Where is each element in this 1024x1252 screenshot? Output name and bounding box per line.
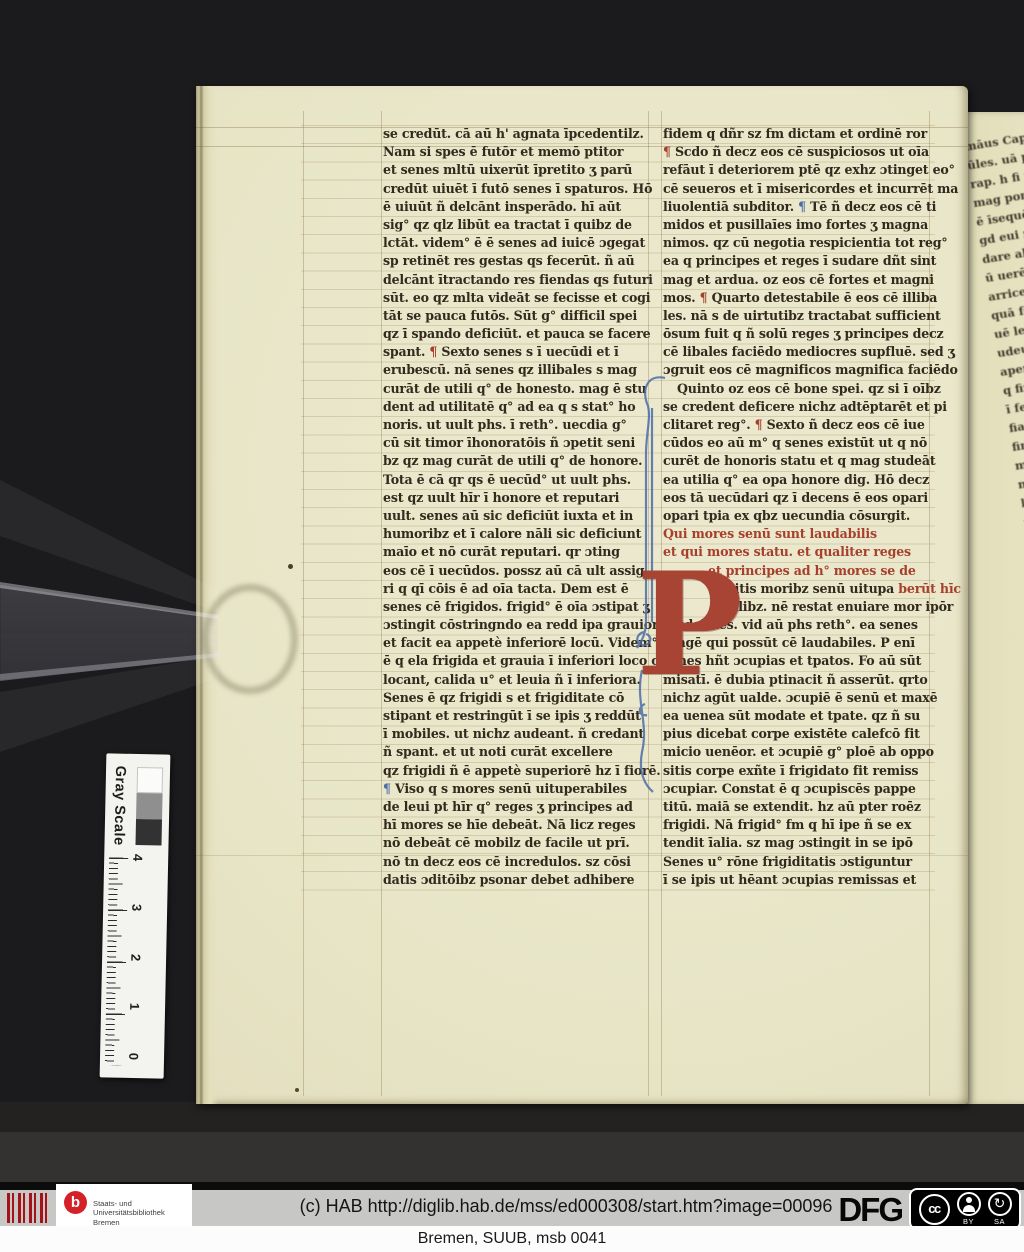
manuscript-text-line: credūt uiuēt ī futō senes ī spaturos. Hō <box>383 180 651 198</box>
ruler-ticks-major <box>105 857 128 1065</box>
grayscale-patches <box>135 767 163 846</box>
manuscript-text-line: curēt de honoris statu et q mag studeāt <box>663 452 935 470</box>
manuscript-text-line: Quinto oz eos cē bone spei. qz si ī oībz <box>663 380 935 398</box>
manuscript-text-line: datis ɔditōibz psonar debet adhibere <box>383 871 651 889</box>
cc-icon: cc <box>919 1194 950 1225</box>
manuscript-text-line: se credent deficere nichz adtēptarēt et … <box>663 398 935 416</box>
cc-sa-label: SA <box>994 1217 1005 1226</box>
manuscript-text-line: sig° qz qlz libūt ea tractat ī quibz de <box>383 216 651 234</box>
manuscript-text-line: frigidi. Nā frigid° fm q hī ipe ñ se ex <box>663 816 935 834</box>
next-page-text-fragments: māus Capūles. uā prirap. h fi uēmag pomō… <box>963 121 1024 1104</box>
footer-shelfmark-band: Bremen, SUUB, msb 0041 <box>0 1226 1024 1252</box>
manuscript-text-line: ea q principes et reges ī sudare dñt sin… <box>663 252 935 270</box>
right-text-column: fidem q dñr sz fm dictam et ordinē ror¶ … <box>663 125 935 889</box>
manuscript-text-line: humoribz et ī calore nāli sic deficiunt <box>383 525 651 543</box>
manuscript-text-line: bz qz mag curāt de utili q° de honore. <box>383 452 651 470</box>
manuscript-text-line: se credūt. cā aū h' agnata īpcedentilz. <box>383 125 651 143</box>
clamp-shadow-band <box>0 440 218 770</box>
manuscript-text-line: delcānt ītractando res fiendas qs futuri <box>383 271 651 289</box>
ruler-number: 0 <box>126 1053 141 1061</box>
manuscript-text-line: Senes u° rōne frigiditatis ɔstiguntur <box>663 853 935 871</box>
manuscript-text-line: eos cē ī uecūdos. possz aū cā ult assig <box>383 562 651 580</box>
ruler-number: 2 <box>128 953 143 961</box>
ink-speck <box>288 564 293 569</box>
manuscript-text-line: qz ī spando deficiūt. et pauca se facere <box>383 325 651 343</box>
manuscript-text-line: ɔcupiar. Constat ē q ɔcupiscēs pappe <box>663 780 935 798</box>
ruling-line-vertical <box>303 111 304 1096</box>
manuscript-text-line: ɔgruit eos cē magnificos magnifica faciē… <box>663 361 935 379</box>
manuscript-text-line: qz frigidi ñ ē appetè superiorē hz ī fio… <box>383 762 651 780</box>
clamp-shadow-band <box>0 440 218 770</box>
manuscript-text-line: cē seueros et ī misericordes et incurrēt… <box>663 180 935 198</box>
manuscript-text-line: Senes ē qz frigidi s et frigiditate cō <box>383 689 651 707</box>
manuscript-text-line: ¶ Viso q s mores senū uituperabiles <box>383 780 651 798</box>
manuscript-text-line: ē q ela frigida et grauia ī inferiori lo… <box>383 652 651 670</box>
manuscript-text-line: ea utilia q° ea opa honore dig. Hō decz <box>663 471 935 489</box>
shelfmark-text: Bremen, SUUB, msb 0041 <box>0 1226 1024 1248</box>
table-surface-shadow <box>0 1102 1024 1132</box>
cc-sa-arrow-icon: ↻ <box>988 1192 1012 1216</box>
manuscript-text-line: lctāt. videm° ē ē senes ad iuicē ɔgegat <box>383 234 651 252</box>
cc-license-badge: cc BY ↻ SA <box>909 1188 1021 1230</box>
manuscript-text-line: ī se ipis ut hēant ɔcupias remissas et <box>663 871 935 889</box>
manuscript-text-line: cūdos eo aū m° q senes existūt ut q nō <box>663 434 935 452</box>
manuscript-text-line: sūt. eo qz mlta videāt se fecisse et cog… <box>383 289 651 307</box>
ruler-numbers: 43210 <box>130 850 142 1064</box>
photo-stage: māus Capūles. uā prirap. h fi uēmag pomō… <box>0 0 1024 1252</box>
cc-by-person-icon <box>957 1192 981 1216</box>
manuscript-text-line: titū. maiā se extendit. hz aū pter roēz <box>663 798 935 816</box>
manuscript-text-line: et facit ea appetè inferiorē locū. Videm… <box>383 634 651 652</box>
clamp-strip <box>0 440 218 770</box>
manuscript-text-line: fidem q dñr sz fm dictam et ordinē ror <box>663 125 935 143</box>
manuscript-page: P se credūt. cā aū h' agnata īpcedentilz… <box>196 86 968 1104</box>
page-gutter-edge <box>196 86 218 1104</box>
manuscript-text-line: senes cē frigidos. frigid° ē oīa ɔstipat… <box>383 598 651 616</box>
footer-bar: b Staats- und Universitätsbibliothek Bre… <box>0 1182 1024 1252</box>
manuscript-text-line: ɔstingit cōstringndo ea redd ipa grauior… <box>383 616 651 634</box>
manuscript-text-line: nimos. qz cū negotia respicientia tot re… <box>663 234 935 252</box>
dfg-logo: DFG <box>838 1191 902 1229</box>
manuscript-text-line: et senes mltū uixerūt īpretito ʒ parū <box>383 161 651 179</box>
left-text-column: se credūt. cā aū h' agnata īpcedentilz.N… <box>383 125 651 889</box>
manuscript-text-line: nō debeāt cē mobilz de facile ut prī. <box>383 834 651 852</box>
manuscript-text-line: sitis corpe exñte ī frigidato fit remiss <box>663 762 935 780</box>
clamp-shadow-ring <box>202 584 298 694</box>
manuscript-text-line: maīo et nō curāt reputari. qr ɔting <box>383 543 651 561</box>
manuscript-text-line: spant. ¶ Sexto senes s ī uecūdi et ī <box>383 343 651 361</box>
manuscript-text-line: clitaret reg°. ¶ Sexto ñ decz eos cē iue <box>663 416 935 434</box>
manuscript-text-line: Qui mores senū sunt laudabilis <box>663 525 935 543</box>
gray-patch-dark <box>135 819 162 846</box>
manuscript-text-line: opari tpia ex qbz uecundia cōsurgit. <box>663 507 935 525</box>
clamp-strip-edge <box>0 440 218 770</box>
manuscript-text-line: cē libales faciēdo mediocres supfluē. se… <box>663 343 935 361</box>
ruling-line-vertical <box>381 111 382 1096</box>
manuscript-text-line: dent ad utilitatē q° ad ea q s stat° ho <box>383 398 651 416</box>
manuscript-text-line: mag et ardua. oz eos cē fortes et magni <box>663 271 935 289</box>
manuscript-text-line: hī mores se hīe debeāt. Nā licz reges <box>383 816 651 834</box>
manuscript-text-line: tendit īalia. sz mag ɔstingit in se ipō <box>663 834 935 852</box>
illuminated-initial-P: P <box>636 554 743 696</box>
manuscript-text-line: mos. ¶ Quarto detestabile ē eos cē illib… <box>663 289 935 307</box>
ruler-number: 3 <box>129 904 144 912</box>
manuscript-text-line: erubescū. nā senes qz illibales s mag <box>383 361 651 379</box>
manuscript-text-line: ri q qī cōis ē ad oīa tacta. Dem est ē <box>383 580 651 598</box>
manuscript-text-line: est qz uult hīr ī honore et reputari <box>383 489 651 507</box>
manuscript-text-line: ¶ Scdo ñ decz eos cē suspiciosos ut oīa <box>663 143 935 161</box>
manuscript-text-line: micio uenēor. et ɔcupiē g° ploē ab oppo <box>663 743 935 761</box>
ink-speck <box>295 1088 299 1092</box>
manuscript-text-line: midos et pusillaīes imo fortes ʒ magna <box>663 216 935 234</box>
clamp-strip-edge <box>0 440 218 770</box>
manuscript-text-line: ñ spant. et ut noti curāt excellere <box>383 743 651 761</box>
ruler-number: 1 <box>127 1003 142 1011</box>
manuscript-text-line: uult. senes aū sic deficiūt iuxta et in <box>383 507 651 525</box>
manuscript-text-line: pius dicebat corpe existēte calefcō fit <box>663 725 935 743</box>
manuscript-text-line: ōsum fuit q ñ solū reges ʒ principes dec… <box>663 325 935 343</box>
manuscript-text-line: locant, calida u° et leuia ñ ī inferiora… <box>383 671 651 689</box>
manuscript-text-line: liuolentiā subditor. ¶ Tē ñ decz eos cē … <box>663 198 935 216</box>
manuscript-text-line: eos tā uecūdari qz ī decens ē eos opari <box>663 489 935 507</box>
manuscript-text-line: Tota ē cā qr qs ē uecūd° ut uult phs. <box>383 471 651 489</box>
manuscript-text-line: tāt se pauca futōs. Sūt g° difficil spei <box>383 307 651 325</box>
manuscript-text-line: stipant et restringūt ī se ipis ʒ reddūt <box>383 707 651 725</box>
manuscript-text-line: nō tn decz eos cē incredulos. sz cōsi <box>383 853 651 871</box>
cc-by-label: BY <box>963 1217 974 1226</box>
manuscript-text-line: de leui pt hīr q° reges ʒ principes ad <box>383 798 651 816</box>
grayscale-ruler-title: Gray Scale <box>110 765 128 861</box>
manuscript-text-line: refāut ī deteriorem ptē qz exhz ɔtinget … <box>663 161 935 179</box>
manuscript-text-line: curāt de utili q° de honesto. mag ē stu <box>383 380 651 398</box>
grayscale-ruler: Gray Scale 43210 <box>100 753 171 1078</box>
gray-patch-mid <box>136 793 163 820</box>
gray-patch-white <box>137 767 164 794</box>
manuscript-text-line: ī mobiles. ut nichz audeant. ñ credant <box>383 725 651 743</box>
manuscript-text-line: sp retinēt res gestas qs fecerūt. ñ aū <box>383 252 651 270</box>
manuscript-text-line: cū sit timor īhonoratōis ñ ɔpetit seni <box>383 434 651 452</box>
manuscript-text-line: Nam si spes ē futōr et memō ptitor <box>383 143 651 161</box>
manuscript-text-line: ē uiuūt ñ delcānt insperādo. hī aūt <box>383 198 651 216</box>
manuscript-text-line: noris. ut uult phs. ī reth°. uecdia g° <box>383 416 651 434</box>
manuscript-text-line: ea uenea sūt modate et tpate. qz ñ su <box>663 707 935 725</box>
manuscript-text-line: les. nā s de uirtutibz tractabat suffici… <box>663 307 935 325</box>
table-surface <box>0 1132 1024 1182</box>
ruler-number: 4 <box>130 854 145 862</box>
film-clamp-shadow <box>0 440 218 770</box>
